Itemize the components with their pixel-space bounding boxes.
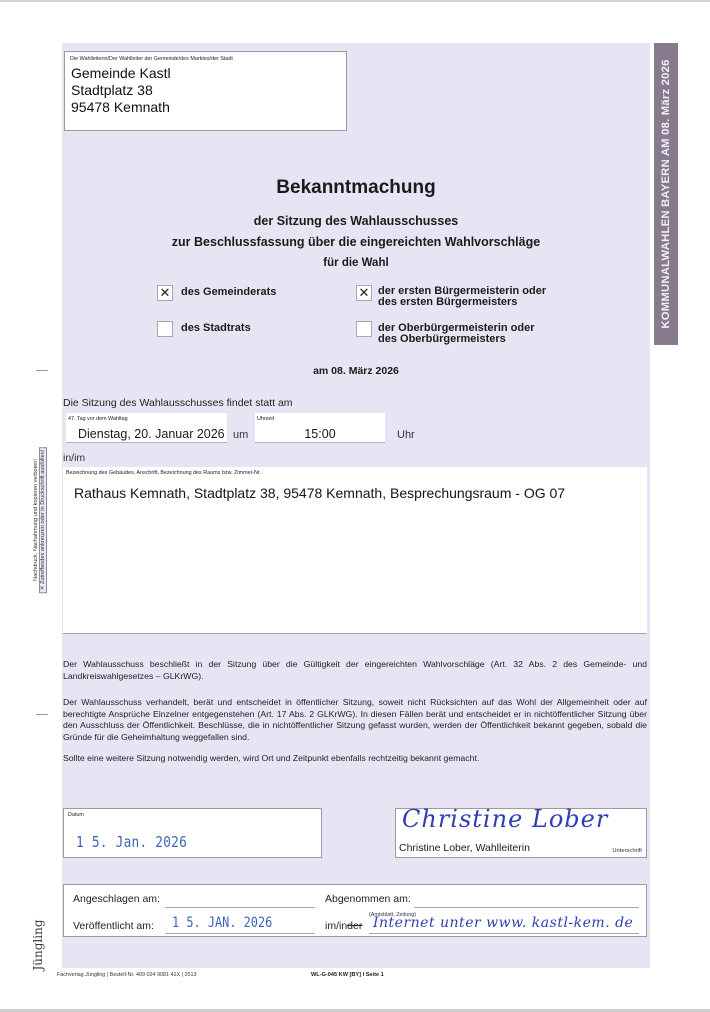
uhr-label: Uhr (397, 429, 415, 441)
signature-field[interactable]: Christine Lober Christine Lober, Wahllei… (395, 808, 647, 858)
handwritten-signature: Christine Lober (402, 805, 608, 833)
session-time-field[interactable]: Uhrzeit 15:00 (255, 413, 385, 443)
option-label-gemeinderat: des Gemeinderats (181, 287, 276, 298)
medium-prefix: im/inder (325, 920, 362, 932)
checkbox-stadtrat[interactable] (157, 321, 173, 337)
sender-line-3: 95478 Kemnath (71, 99, 170, 115)
sender-line-1: Gemeinde Kastl (71, 65, 171, 81)
subtitle-3: für die Wahl (62, 257, 650, 269)
signatory-name: Christine Lober, Wahlleiterin (399, 842, 530, 854)
election-banner: KOMMUNALWAHLEN BAYERN AM 08. März 2026 (654, 43, 678, 345)
session-time-value: 15:00 (255, 427, 385, 441)
viewer-top-border (0, 0, 710, 2)
session-place-value: Rathaus Kemnath, Stadtplatz 38, 95478 Ke… (74, 485, 565, 501)
sender-label: Die Wahlleiterin/Der Wahlleiter der Geme… (70, 56, 233, 62)
um-label: um (233, 429, 248, 441)
medium-prefix-a: im/in (325, 920, 347, 932)
election-banner-text: KOMMUNALWAHLEN BAYERN AM 08. März 2026 (660, 59, 672, 328)
election-date: am 08. März 2026 (62, 365, 650, 377)
fill-hint-text: Zutreffendes ankreuzen oder in Druckschr… (40, 450, 46, 584)
session-intro: Die Sitzung des Wahlausschusses findet s… (63, 397, 293, 409)
checkbox-buergermeister[interactable]: ✕ (356, 285, 372, 301)
published-stamp: 1 5. JAN. 2026 (172, 915, 272, 931)
session-place-label: Bezeichnung des Gebäudes, Anschrift, Bez… (66, 470, 261, 476)
subtitle-2: zur Beschlussfassung über die eingereich… (62, 235, 650, 249)
document-title: Bekanntmachung (62, 177, 650, 199)
option-label-stadtrat: des Stadtrats (181, 323, 251, 334)
fold-mark (36, 714, 48, 715)
posting-record: Angeschlagen am: Abgenommen am: Veröffen… (63, 884, 647, 937)
paragraph-public-session: Der Wahlausschuss verhandelt, berät und … (63, 697, 647, 744)
option-label-buergermeister-2: des ersten Bürgermeisters (378, 297, 517, 308)
checkbox-gemeinderat[interactable]: ✕ (157, 285, 173, 301)
medium-prefix-b: der (347, 920, 362, 932)
removed-date-field[interactable] (414, 907, 639, 908)
session-day-value: Dienstag, 20. Januar 2026 (78, 427, 225, 441)
published-label: Veröffentlicht am: (73, 920, 154, 932)
session-day-label: 47. Tag vor dem Wahltag (68, 416, 128, 422)
medium-field[interactable] (369, 933, 639, 934)
footer-publisher: Fachverlag Jüngling | Bestell-Nr. 409 02… (57, 972, 196, 978)
sender-field[interactable]: Die Wahlleiterin/Der Wahlleiter der Geme… (64, 51, 347, 131)
paragraph-further-session: Sollte eine weitere Sitzung notwendig we… (63, 753, 647, 765)
subtitle-1: der Sitzung des Wahlausschusses (62, 214, 650, 228)
posted-date-field[interactable] (165, 907, 315, 908)
signature-label: Unterschrift (612, 848, 642, 854)
fill-hint: ✕ Zutreffendes ankreuzen oder in Drucksc… (39, 447, 47, 593)
paragraph-validity: Der Wahlausschuss beschließt in der Sitz… (63, 659, 647, 682)
fold-mark (36, 370, 48, 371)
session-day-field[interactable]: 47. Tag vor dem Wahltag Dienstag, 20. Ja… (66, 413, 227, 443)
in-im-label: in/im (63, 452, 85, 464)
posted-label: Angeschlagen am: (73, 893, 160, 905)
date-label: Datum (68, 812, 84, 818)
date-stamp: 1 5. Jan. 2026 (76, 833, 187, 851)
publisher-logo: Jüngling (31, 919, 45, 970)
removed-label: Abgenommen am: (325, 893, 411, 905)
date-field[interactable]: Datum 1 5. Jan. 2026 (63, 808, 322, 858)
session-place-field[interactable]: Bezeichnung des Gebäudes, Anschrift, Bez… (63, 467, 647, 634)
checkbox-oberbuergermeister[interactable] (356, 321, 372, 337)
published-date-field[interactable] (165, 933, 315, 934)
fill-hint-mark: ✕ (40, 586, 46, 591)
sender-line-2: Stadtplatz 38 (71, 82, 153, 98)
footer-form-id: WL-G-045 KW [BY] I Seite 1 (311, 972, 384, 978)
session-time-label: Uhrzeit (257, 416, 274, 422)
medium-value: Internet unter www. kastl-kem. de (373, 915, 633, 931)
option-label-oberbuergermeister-2: des Oberbürgermeisters (378, 334, 506, 345)
